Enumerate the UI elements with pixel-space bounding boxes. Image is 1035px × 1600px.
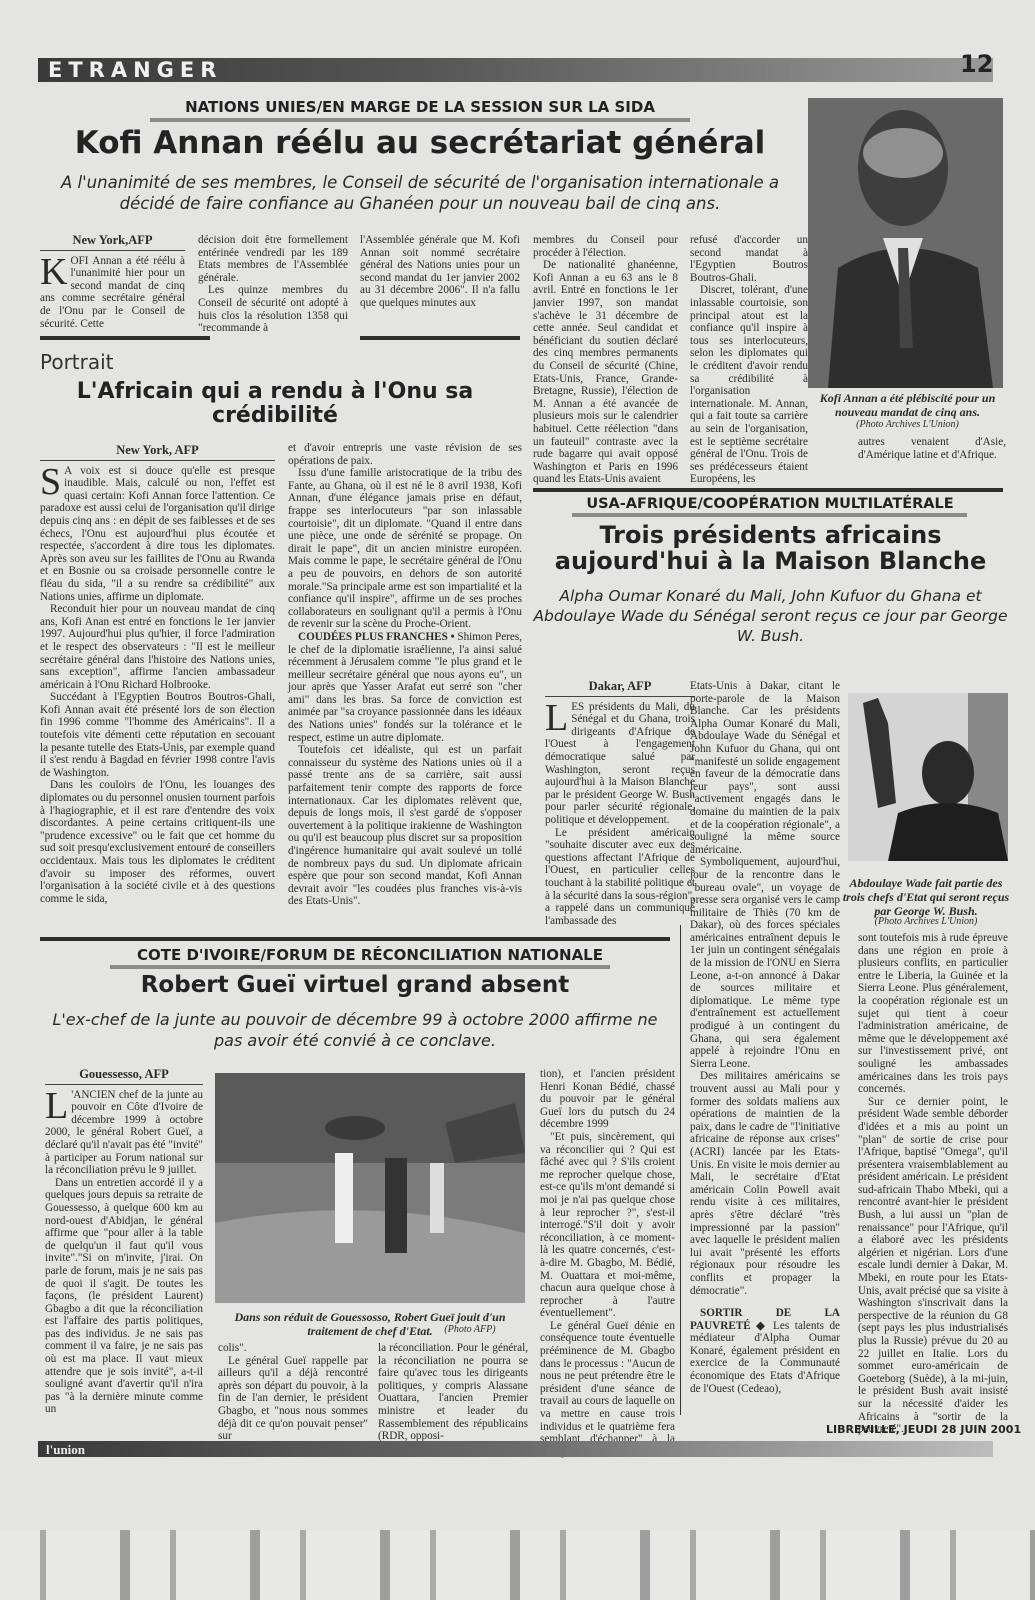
article1-deck: A l'unanimité de ses membres, le Conseil…: [35, 172, 805, 215]
article3-col1: Dakar, AFP LES présidents du Mali, du Sé…: [545, 680, 695, 927]
portrait-label: Portrait: [40, 350, 114, 374]
article3-photo-caption: Abdoulaye Wade fait partie des trois che…: [840, 876, 1012, 918]
footer-banner: l'union: [38, 1441, 993, 1457]
divider: [40, 336, 210, 340]
article1-headline: Kofi Annan réélu au secrétariat général: [40, 126, 800, 160]
article3-col3: sont toutefois mis à rude épreuve dans u…: [858, 932, 1008, 1436]
article1-col6: autres venaient d'Asie, d'Amérique latin…: [858, 436, 1006, 461]
robert-guei-photo: [215, 1073, 525, 1303]
divider: [533, 488, 1003, 492]
section-title: ETRANGER: [38, 58, 222, 82]
abdoulaye-wade-photo: [848, 693, 1008, 861]
kicker-underline: [110, 965, 610, 969]
article4-col2: colis". Le général Gueï rappelle par ail…: [218, 1342, 368, 1443]
article1-col5: refusé d'accorder un second mandat à l'E…: [690, 234, 808, 486]
section-banner: ETRANGER: [38, 58, 993, 82]
article2-col1: New York, AFP SA voix est si douce qu'el…: [40, 444, 275, 905]
drop-cap: S: [40, 467, 64, 497]
divider: [360, 336, 520, 340]
article3-deck: Alpha Oumar Konaré du Mali, John Kufuor …: [533, 586, 1008, 646]
photo-credit: (Photo AFP): [420, 1324, 520, 1335]
kofi-annan-photo: [808, 98, 1003, 388]
article4-dateline: Gouessesso, AFP: [45, 1068, 203, 1085]
article2-dateline: New York, AFP: [40, 444, 275, 461]
article2-headline: L'Africain qui a rendu à l'Onu sa crédib…: [60, 380, 490, 428]
drop-cap: L: [545, 703, 571, 733]
kicker-underline: [572, 513, 967, 517]
article3-kicker: USA-AFRIQUE/COOPÉRATION MULTILATÉRALE: [560, 496, 980, 512]
wade-image: [848, 693, 1008, 861]
footer-dateline: LIBREVILLE, JEUDI 28 JUIN 2001: [826, 1423, 1021, 1436]
drop-cap: K: [40, 257, 70, 287]
kicker-underline: [150, 118, 690, 122]
column-rule: [680, 925, 681, 1415]
article3-dateline: Dakar, AFP: [545, 680, 695, 697]
article4-deck: L'ex-chef de la junte au pouvoir de déce…: [45, 1010, 665, 1052]
page-number: 12: [960, 50, 993, 78]
masthead-logo: l'union: [38, 1442, 85, 1457]
drop-cap: L: [45, 1091, 71, 1121]
divider: [40, 937, 670, 941]
article1-photo-caption: Kofi Annan a été plébiscité pour un nouv…: [815, 391, 1000, 419]
article1-dateline: New York,AFP: [40, 234, 185, 251]
article2-col2: et d'avoir entrepris une vaste révision …: [288, 442, 522, 908]
subhead: COUDÉES PLUS FRANCHES •: [298, 631, 455, 643]
scan-edge: [0, 1530, 1035, 1600]
article4-col1: Gouessesso, AFP L'ANCIEN chef de la junt…: [45, 1068, 203, 1416]
article4-kicker: COTE D'IVOIRE/FORUM DE RÉCONCILIATION NA…: [110, 946, 630, 964]
article4-headline: Robert Gueï virtuel grand absent: [80, 973, 630, 998]
portrait-image: [808, 98, 1003, 388]
article1-col2: décision doit être formellement entériné…: [198, 234, 348, 335]
photo-credit: (Photo Archives L'Union): [840, 916, 1012, 927]
article3-col2: Etats-Unis à Dakar, citant le porte-paro…: [690, 680, 840, 1395]
article4-col3: la réconciliation. Pour le général, la r…: [378, 1342, 528, 1443]
article1-col1: New York,AFP KOFI Annan a été réélu à l'…: [40, 234, 185, 330]
article1-kicker: NATIONS UNIES/EN MARGE DE LA SESSION SUR…: [150, 98, 690, 116]
article4-col4: tion), et l'ancien président Henri Konan…: [540, 1068, 675, 1458]
photo-credit: (Photo Archives L'Union): [815, 419, 1000, 430]
guei-image: [215, 1073, 525, 1303]
article1-col4: membres du Conseil pour procéder à l'éle…: [533, 234, 678, 486]
article1-col3: l'Assemblée générale que M. Kofi Annan s…: [360, 234, 520, 310]
newspaper-page: ETRANGER 12 NATIONS UNIES/EN MARGE DE LA…: [0, 0, 1035, 1530]
article3-headline: Trois présidents africains aujourd'hui à…: [533, 522, 1008, 575]
